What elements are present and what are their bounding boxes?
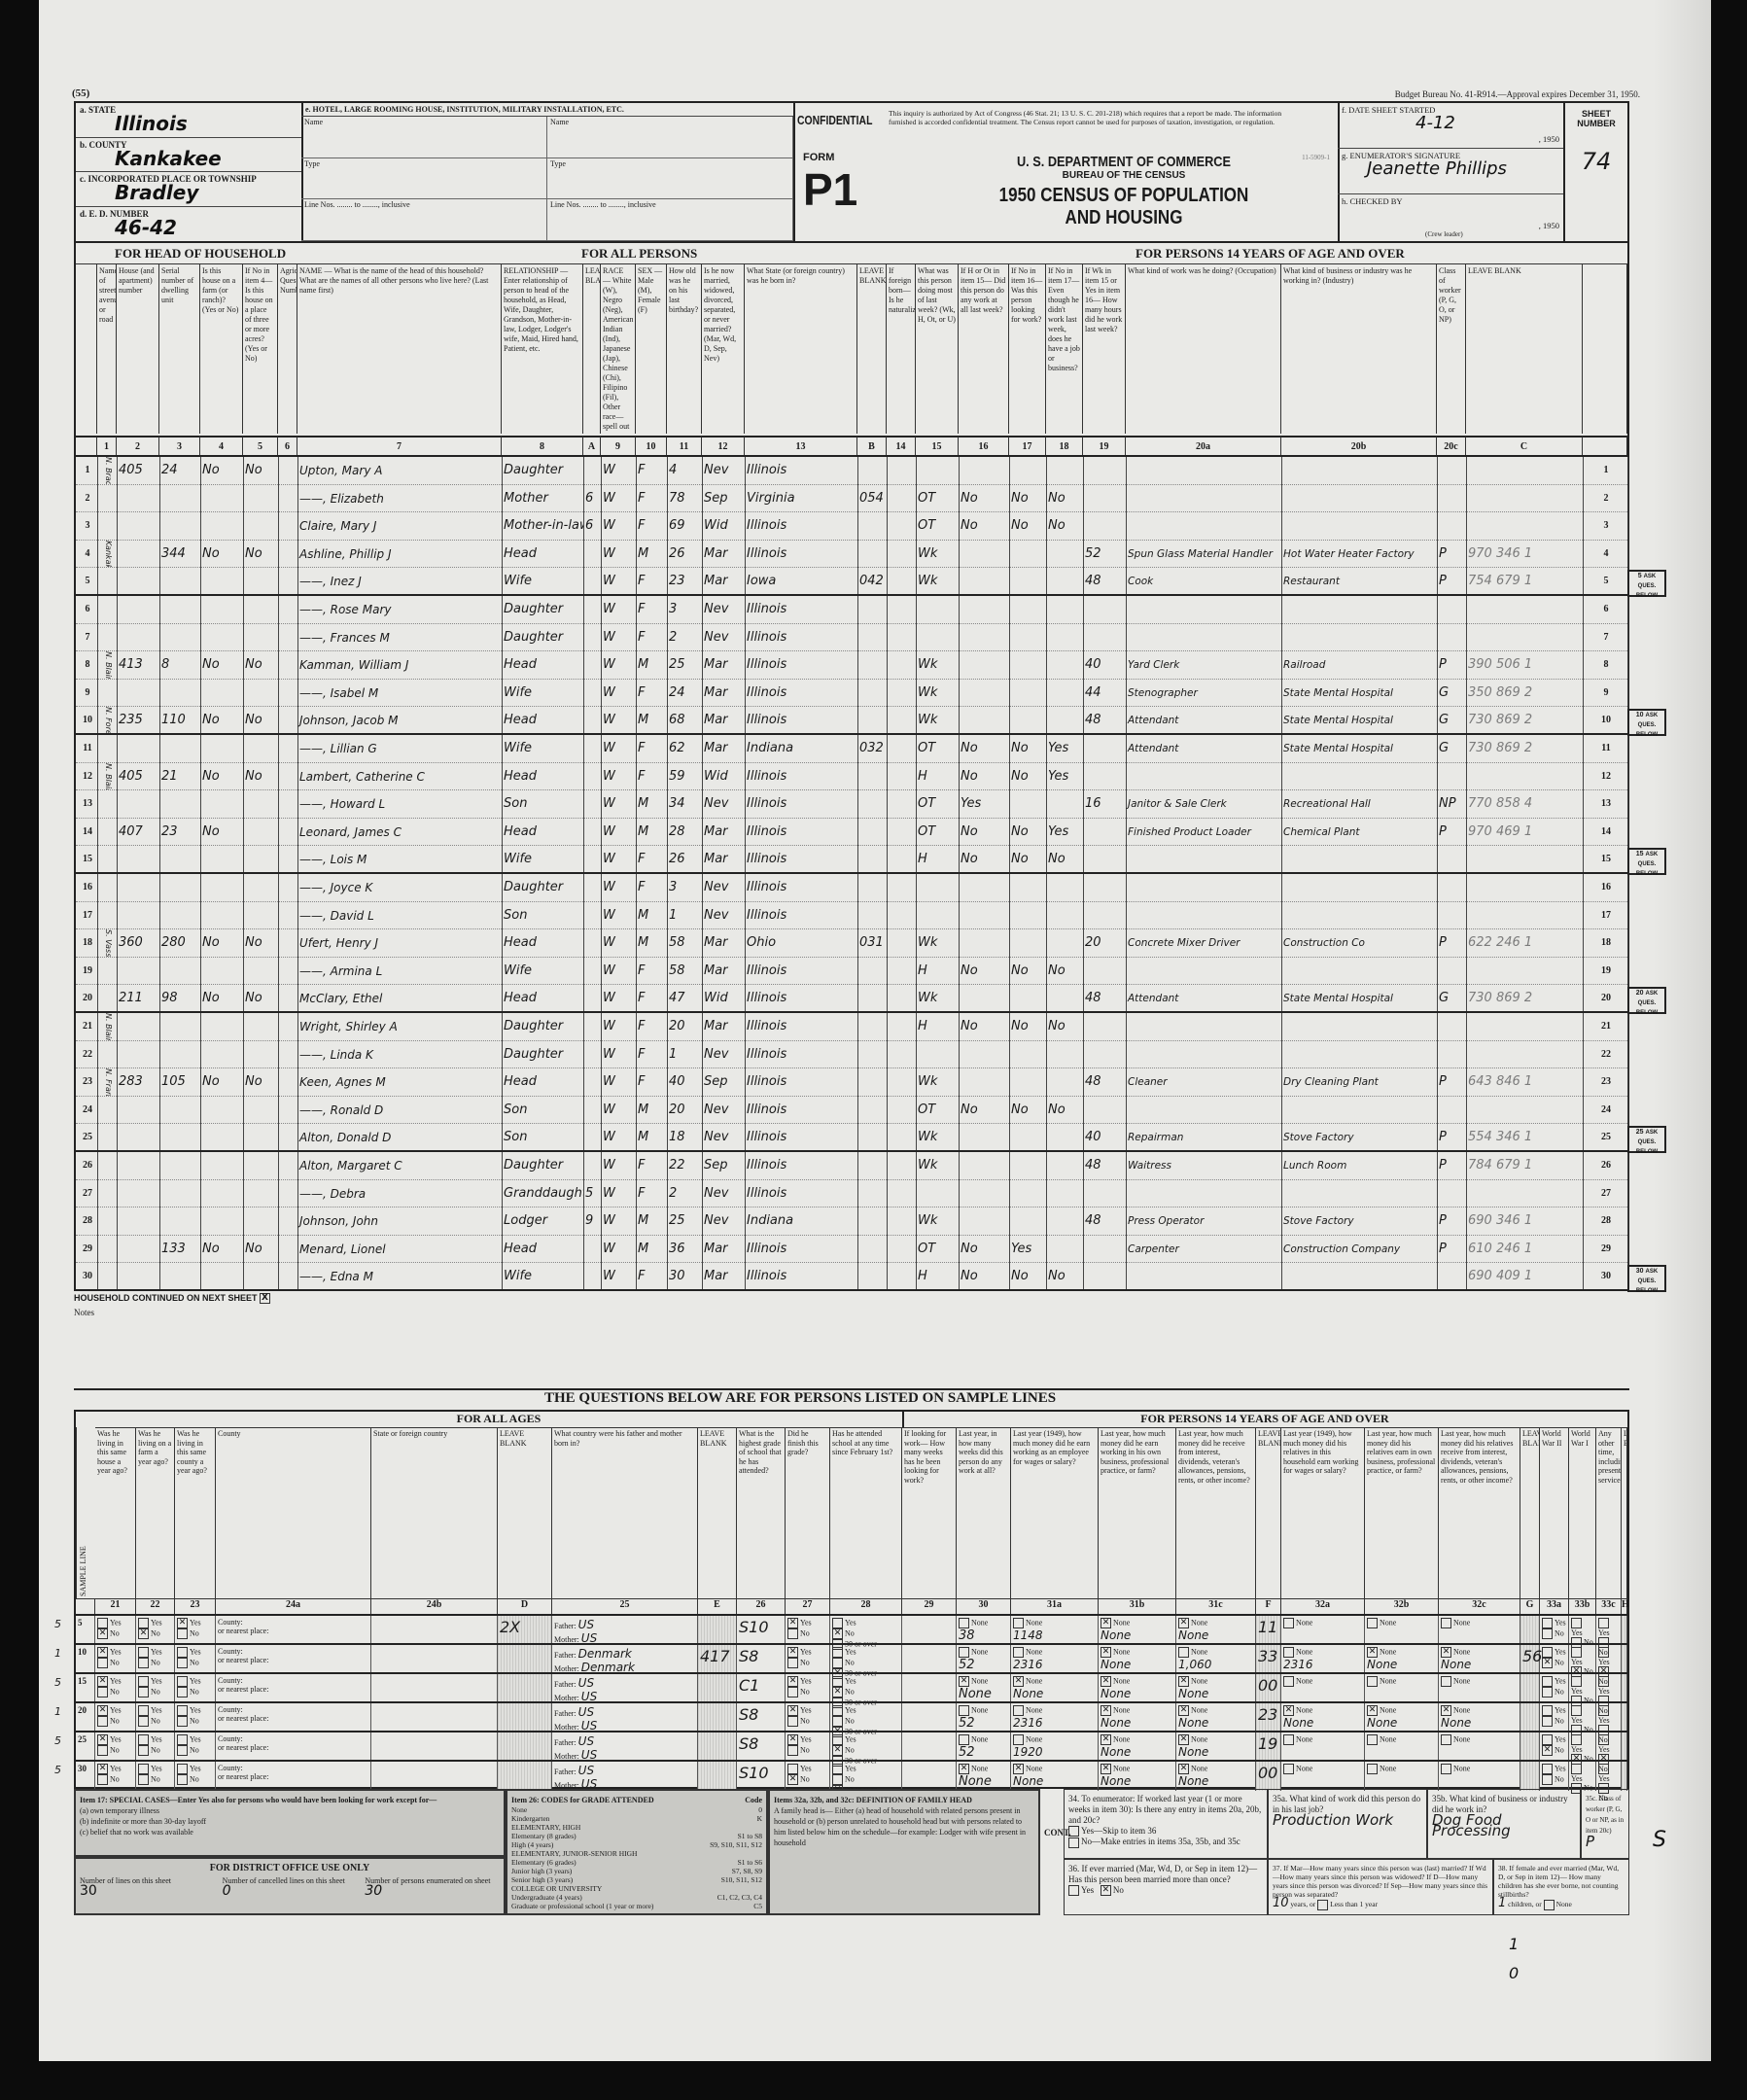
yes-checkbox[interactable]	[1598, 1705, 1609, 1716]
yes-checkbox[interactable]	[138, 1705, 149, 1716]
none-checkbox[interactable]: ✕	[1101, 1618, 1111, 1628]
cell-c16: No	[959, 485, 1009, 512]
sample-header-c26: What is the highest grade of school that…	[737, 1427, 786, 1598]
no-checkbox[interactable]: ✕	[832, 1687, 843, 1697]
none-checkbox[interactable]	[1441, 1618, 1451, 1628]
yes-checkbox[interactable]	[1598, 1647, 1609, 1658]
none-checkbox[interactable]	[1367, 1618, 1378, 1628]
cell-c18: No	[1046, 1097, 1083, 1124]
cell-hrs: 16	[1083, 790, 1126, 818]
none-checkbox[interactable]: ✕	[1178, 1734, 1189, 1745]
sample-cell-c23: YesNo	[175, 1732, 216, 1762]
cell-farm	[200, 1041, 243, 1068]
no-checkbox[interactable]	[138, 1658, 149, 1668]
line-number: 2	[1583, 485, 1627, 512]
line-number: 28	[76, 1207, 97, 1235]
line-number: 18	[76, 929, 97, 957]
cell-acres	[243, 958, 278, 985]
cell-cls: P	[1437, 819, 1466, 846]
none-checkbox[interactable]: ✕	[1013, 1764, 1024, 1774]
sample-cell-c26: S8	[737, 1645, 786, 1674]
cell-c18	[1046, 624, 1083, 651]
cell-occ	[1126, 763, 1281, 790]
none-checkbox[interactable]	[1367, 1764, 1378, 1774]
cell-cls	[1437, 1180, 1466, 1207]
sample-cell-c22: YesNo	[136, 1645, 175, 1674]
cell-b	[857, 846, 887, 872]
no-checkbox[interactable]	[97, 1745, 108, 1756]
yes-checkbox[interactable]: ✕	[177, 1618, 188, 1628]
cell-b	[857, 1263, 887, 1289]
no-checkbox[interactable]: ✕	[1542, 1658, 1553, 1668]
cell-house	[117, 596, 159, 623]
cell-code	[1466, 457, 1583, 484]
cell-occ	[1126, 624, 1281, 651]
sample-header-c33c: Any other time, including present servic…	[1596, 1427, 1622, 1598]
sample-cell-sl: 110	[76, 1645, 95, 1674]
yes-checkbox[interactable]	[1571, 1647, 1582, 1658]
none-checkbox[interactable]	[1367, 1734, 1378, 1745]
cell-ind	[1281, 1041, 1437, 1068]
sample-cell-c28: YesNo✕30 or over	[830, 1645, 902, 1674]
yes-checkbox[interactable]	[1598, 1676, 1609, 1687]
cell-ind: Construction Co	[1281, 929, 1437, 957]
cell-code: 754 679 1	[1466, 568, 1583, 594]
line-number: 23	[76, 1068, 97, 1096]
no-checkbox[interactable]: ✕	[832, 1628, 843, 1639]
cell-rel: Mother	[502, 485, 583, 512]
yes-checkbox[interactable]	[1542, 1676, 1553, 1687]
cell-code: 730 869 2	[1466, 735, 1583, 762]
cell-age: 69	[667, 512, 702, 540]
yes-checkbox[interactable]	[1542, 1705, 1553, 1716]
agri-cell	[278, 596, 297, 623]
cell-cls: P	[1437, 929, 1466, 957]
no-checkbox[interactable]	[97, 1716, 108, 1727]
none-checkbox[interactable]: ✕	[1178, 1676, 1189, 1687]
cell-c18: No	[1046, 512, 1083, 540]
cell-occ	[1126, 596, 1281, 623]
cell-c18	[1046, 1236, 1083, 1263]
cell-house	[117, 1207, 159, 1235]
none-checkbox[interactable]: ✕	[959, 1764, 969, 1774]
cell-sex: F	[636, 763, 667, 790]
no-checkbox[interactable]: ✕	[1542, 1745, 1553, 1756]
yes-checkbox[interactable]	[1542, 1618, 1553, 1628]
cell-farm	[200, 1013, 243, 1040]
yes-checkbox[interactable]	[177, 1705, 188, 1716]
cell-cls	[1437, 624, 1466, 651]
cell-c16: No	[959, 512, 1009, 540]
household-continued: HOUSEHOLD CONTINUED ON NEXT SHEET X	[74, 1293, 272, 1304]
sample-cell-c24a: County:or nearest place:	[216, 1762, 371, 1791]
no-checkbox[interactable]	[832, 1774, 843, 1785]
yes-checkbox[interactable]: ✕	[787, 1734, 798, 1745]
sample-cell-c32b: ✕NoneNone	[1365, 1645, 1439, 1674]
cell-serial: 344	[159, 541, 200, 568]
none-checkbox[interactable]	[1283, 1676, 1294, 1687]
line-number: 8	[76, 651, 97, 679]
sample-cell-c33a: YesNo	[1540, 1762, 1569, 1791]
sample-cell-c33b: YesNo	[1569, 1674, 1596, 1703]
continued-checkbox[interactable]: X	[260, 1293, 270, 1304]
no-checkbox[interactable]	[97, 1774, 108, 1785]
cell-c18	[1046, 457, 1083, 484]
cell-code: 690 346 1	[1466, 1207, 1583, 1235]
no-checkbox[interactable]	[787, 1687, 798, 1697]
cell-cls	[1437, 457, 1466, 484]
none-checkbox[interactable]: ✕	[1367, 1705, 1378, 1716]
none-checkbox[interactable]: ✕	[1101, 1647, 1111, 1658]
none-checkbox[interactable]	[1283, 1734, 1294, 1745]
sample-cell-c33b: YesNo	[1569, 1762, 1596, 1791]
cell-street: S. Vasseur	[97, 929, 117, 957]
yes-checkbox[interactable]	[832, 1618, 843, 1628]
cell-hrs	[1083, 485, 1126, 512]
cell-acres	[243, 680, 278, 707]
column-number: B	[857, 436, 887, 455]
agri-cell	[278, 1097, 297, 1124]
q37-less-checkbox[interactable]	[1317, 1900, 1328, 1910]
yes-checkbox[interactable]	[832, 1676, 843, 1687]
sample-cell-c29	[902, 1645, 957, 1674]
none-checkbox[interactable]: ✕	[1101, 1734, 1111, 1745]
no-checkbox[interactable]	[1542, 1774, 1553, 1785]
person-row: 18S. Vasseur360280NoNoUfert, Henry JHead…	[76, 929, 1627, 958]
none-checkbox[interactable]: ✕	[1178, 1618, 1189, 1628]
yes-checkbox[interactable]	[138, 1676, 149, 1687]
sample-cell-h	[1622, 1762, 1627, 1791]
no-checkbox[interactable]	[177, 1716, 188, 1727]
none-checkbox[interactable]	[959, 1618, 969, 1628]
yes-checkbox[interactable]	[1571, 1618, 1582, 1628]
section-persons-14: FOR PERSONS 14 YEARS OF AGE AND OVER	[1136, 246, 1405, 262]
cell-age: 59	[667, 763, 702, 790]
cell-serial	[159, 1263, 200, 1289]
cell-rel: Wife	[502, 568, 583, 594]
cell-c17	[1009, 1068, 1046, 1096]
cell-farm	[200, 1124, 243, 1150]
column-header-acres: If No in item 4— Is this house on a plac…	[243, 264, 278, 434]
cell-race: W	[601, 1236, 636, 1263]
column-header-birth: What State (or foreign country) was he b…	[745, 264, 857, 434]
yes-checkbox[interactable]: ✕	[97, 1705, 108, 1716]
yes-checkbox[interactable]	[1571, 1734, 1582, 1745]
no-checkbox[interactable]	[177, 1774, 188, 1785]
none-checkbox[interactable]: ✕	[1283, 1705, 1294, 1716]
no-checkbox[interactable]	[1542, 1687, 1553, 1697]
person-row: 22——, Linda KDaughterWF1NevIllinois22	[76, 1041, 1627, 1069]
cell-name: ——, Debra	[297, 1180, 502, 1207]
sample-header-e: LEAVE BLANK	[698, 1427, 737, 1598]
cell-nat	[887, 541, 916, 568]
line-number: 19	[76, 958, 97, 985]
line-number: 26	[76, 1152, 97, 1179]
line-number: 4	[76, 541, 97, 568]
q37-value: 10	[1273, 1896, 1289, 1910]
none-checkbox[interactable]: ✕	[1101, 1705, 1111, 1716]
yes-checkbox[interactable]	[1542, 1647, 1553, 1658]
grade-code-row: KindergartenK	[511, 1814, 762, 1823]
no-checkbox[interactable]	[97, 1658, 108, 1668]
cell-c15: Wk	[916, 541, 959, 568]
cell-name: ——, Rose Mary	[297, 596, 502, 623]
column-number: 16	[959, 436, 1009, 455]
cell-acres	[243, 624, 278, 651]
cell-sex: F	[636, 1152, 667, 1179]
cell-birth: Illinois	[745, 1068, 857, 1096]
yes-checkbox[interactable]	[1542, 1734, 1553, 1745]
no-checkbox[interactable]: ✕	[97, 1628, 108, 1639]
cell-street	[97, 624, 117, 651]
none-checkbox[interactable]	[1283, 1647, 1294, 1658]
sample-cell-c32c: ✕NoneNone	[1439, 1703, 1520, 1732]
q35a-box: 35a. What kind of work did this person d…	[1268, 1789, 1427, 1859]
yes-checkbox[interactable]	[1598, 1764, 1609, 1774]
none-checkbox[interactable]	[1283, 1764, 1294, 1774]
agri-cell	[278, 874, 297, 901]
none-checkbox[interactable]: ✕	[1178, 1705, 1189, 1716]
sample-column-number: G	[1520, 1598, 1540, 1614]
yes-checkbox[interactable]	[1598, 1734, 1609, 1745]
no-checkbox[interactable]: ✕	[787, 1774, 798, 1785]
cell-name: ——, Armina L	[297, 958, 502, 985]
cell-rel: Wife	[502, 1263, 583, 1289]
none-checkbox[interactable]	[1441, 1676, 1451, 1687]
no-checkbox[interactable]	[787, 1745, 798, 1756]
q38-value: 1	[1498, 1896, 1506, 1910]
q38-none-checkbox[interactable]	[1544, 1900, 1555, 1910]
sample-cell-c23: YesNo	[175, 1674, 216, 1703]
none-checkbox[interactable]: ✕	[1101, 1764, 1111, 1774]
cell-acres	[243, 1013, 278, 1040]
none-checkbox[interactable]: ✕	[1178, 1764, 1189, 1774]
cell-hrs: 48	[1083, 985, 1126, 1011]
cell-cls	[1437, 1097, 1466, 1124]
cell-birth: Illinois	[745, 541, 857, 568]
no-checkbox[interactable]	[832, 1658, 843, 1668]
column-header-mar: Is he now married, widowed, divorced, se…	[702, 264, 745, 434]
cell-mar: Nev	[702, 902, 745, 929]
none-checkbox[interactable]	[1013, 1705, 1024, 1716]
cell-street: N. Frances	[97, 1068, 117, 1096]
cell-rel: Granddaughter	[502, 1180, 583, 1207]
cell-ind	[1281, 1180, 1437, 1207]
cell-farm: No	[200, 929, 243, 957]
cell-birth: Illinois	[745, 680, 857, 707]
cell-name: ——, Inez J	[297, 568, 502, 594]
no-checkbox[interactable]	[138, 1716, 149, 1727]
yes-checkbox[interactable]: ✕	[787, 1676, 798, 1687]
no-checkbox[interactable]	[787, 1658, 798, 1668]
yes-checkbox[interactable]	[177, 1647, 188, 1658]
cell-age: 26	[667, 846, 702, 872]
column-number: 8	[502, 436, 583, 455]
state-value: Illinois	[115, 112, 188, 135]
sample-cell-c33a: Yes✕No	[1540, 1732, 1569, 1762]
none-checkbox[interactable]: ✕	[1441, 1705, 1451, 1716]
cell-birth: Illinois	[745, 1263, 857, 1289]
cell-occ	[1126, 874, 1281, 901]
cell-name: ——, Ronald D	[297, 1097, 502, 1124]
yes-checkbox[interactable]	[97, 1618, 108, 1628]
sample-cell-c22: YesNo	[136, 1674, 175, 1703]
none-checkbox[interactable]	[1441, 1734, 1451, 1745]
cell-birth: Illinois	[745, 985, 857, 1011]
yes-checkbox[interactable]: ✕	[97, 1734, 108, 1745]
none-checkbox[interactable]	[959, 1734, 969, 1745]
yes-checkbox[interactable]	[138, 1647, 149, 1658]
cell-rel: Daughter	[502, 457, 583, 484]
none-checkbox[interactable]	[1013, 1647, 1024, 1658]
column-header-c16: If H or Ot in item 15— Did this person d…	[959, 264, 1009, 434]
yes-checkbox[interactable]	[832, 1764, 843, 1774]
yes-checkbox[interactable]: ✕	[787, 1647, 798, 1658]
cell-age: 40	[667, 1068, 702, 1096]
yes-checkbox[interactable]	[138, 1734, 149, 1745]
sample-cell-c33c: Yes✕No	[1596, 1645, 1622, 1674]
no-checkbox[interactable]	[1542, 1628, 1553, 1639]
cell-cls	[1437, 512, 1466, 540]
cell-sex: M	[636, 929, 667, 957]
sample-header-c33a: World War II	[1540, 1427, 1569, 1598]
cell-ind: Stove Factory	[1281, 1124, 1437, 1150]
yes-checkbox[interactable]: ✕	[787, 1705, 798, 1716]
cell-sex: F	[636, 512, 667, 540]
cell-code	[1466, 596, 1583, 623]
cell-a	[583, 457, 601, 484]
yes-checkbox[interactable]	[1571, 1764, 1582, 1774]
cell-b	[857, 1152, 887, 1179]
column-header-code: LEAVE BLANK	[1466, 264, 1583, 434]
yes-checkbox[interactable]	[138, 1618, 149, 1628]
none-checkbox[interactable]: ✕	[1367, 1647, 1378, 1658]
no-checkbox[interactable]	[177, 1745, 188, 1756]
yes-checkbox[interactable]	[177, 1764, 188, 1774]
yes-checkbox[interactable]	[832, 1734, 843, 1745]
yes-checkbox[interactable]	[1598, 1618, 1609, 1628]
cell-name: Ashline, Phillip J	[297, 541, 502, 568]
cell-name: ——, Frances M	[297, 624, 502, 651]
cell-serial: 24	[159, 457, 200, 484]
cell-hrs: 48	[1083, 1068, 1126, 1096]
yes-checkbox[interactable]	[1542, 1764, 1553, 1774]
none-checkbox[interactable]	[1367, 1676, 1378, 1687]
cell-acres	[243, 596, 278, 623]
q34-no-checkbox[interactable]	[1068, 1837, 1079, 1848]
none-checkbox[interactable]: ✕	[1101, 1676, 1111, 1687]
none-checkbox[interactable]	[959, 1705, 969, 1716]
cell-sex: F	[636, 596, 667, 623]
yes-checkbox[interactable]: ✕	[97, 1647, 108, 1658]
none-checkbox[interactable]	[1283, 1618, 1294, 1628]
agri-cell	[278, 1013, 297, 1040]
cell-age: 58	[667, 958, 702, 985]
none-checkbox[interactable]	[1013, 1734, 1024, 1745]
cell-house: 235	[117, 707, 159, 733]
sample-header-c31b: Last year, how much money did he earn wo…	[1099, 1427, 1176, 1598]
sample-header-d: LEAVE BLANK	[498, 1427, 552, 1598]
yes-checkbox[interactable]	[177, 1676, 188, 1687]
cell-ind	[1281, 1097, 1437, 1124]
none-checkbox[interactable]	[1013, 1618, 1024, 1628]
none-checkbox[interactable]: ✕	[1013, 1676, 1024, 1687]
yes-checkbox[interactable]	[177, 1734, 188, 1745]
cell-serial: 110	[159, 707, 200, 733]
cell-farm	[200, 568, 243, 594]
no-checkbox[interactable]: ✕	[138, 1628, 149, 1639]
no-checkbox[interactable]	[787, 1628, 798, 1639]
none-checkbox[interactable]: ✕	[959, 1676, 969, 1687]
sample-cell-sl: 120	[76, 1703, 95, 1732]
cell-serial	[159, 624, 200, 651]
cell-rel: Son	[502, 902, 583, 929]
no-checkbox[interactable]	[1542, 1716, 1553, 1727]
sample-cell-c33a: Yes✕No	[1540, 1645, 1569, 1674]
yes-checkbox[interactable]	[787, 1764, 798, 1774]
no-checkbox[interactable]	[138, 1774, 149, 1785]
yes-checkbox[interactable]	[1571, 1705, 1582, 1716]
no-checkbox[interactable]	[138, 1745, 149, 1756]
cell-house: 405	[117, 457, 159, 484]
yes-checkbox[interactable]: ✕	[97, 1676, 108, 1687]
sample-cell-c24b	[371, 1616, 498, 1645]
cell-house	[117, 958, 159, 985]
q34-yes-checkbox[interactable]	[1068, 1826, 1079, 1837]
cell-rel: Wife	[502, 958, 583, 985]
no-checkbox[interactable]	[138, 1687, 149, 1697]
no-checkbox[interactable]	[97, 1687, 108, 1697]
cell-acres: No	[243, 929, 278, 957]
no-checkbox[interactable]: ✕	[832, 1745, 843, 1756]
cell-age: 58	[667, 929, 702, 957]
column-number: 14	[887, 436, 916, 455]
yes-checkbox[interactable]: ✕	[97, 1764, 108, 1774]
person-row: 1N. Bradley40524NoNoUpton, Mary ADaughte…	[76, 457, 1627, 485]
sample-cell-c31a: ✕NoneNone	[1011, 1674, 1099, 1703]
cell-c16: No	[959, 1263, 1009, 1289]
cell-c18	[1046, 1068, 1083, 1096]
no-checkbox[interactable]	[177, 1628, 188, 1639]
yes-checkbox[interactable]	[832, 1705, 843, 1716]
cell-c17	[1009, 707, 1046, 733]
none-checkbox[interactable]	[1441, 1764, 1451, 1774]
sample-cell-c27: ✕YesNo	[786, 1732, 830, 1762]
sample-column-number: 31a	[1011, 1598, 1099, 1614]
q36-no-checkbox[interactable]: ✕	[1101, 1885, 1111, 1896]
yes-checkbox[interactable]	[138, 1764, 149, 1774]
no-checkbox[interactable]	[832, 1716, 843, 1727]
none-checkbox[interactable]	[959, 1647, 969, 1658]
no-checkbox[interactable]	[177, 1658, 188, 1668]
cell-c18	[1046, 902, 1083, 929]
cell-nat	[887, 735, 916, 762]
ed-field: d. E. D. NUMBER46-42	[76, 207, 301, 242]
cell-c15	[916, 874, 959, 901]
no-checkbox[interactable]	[177, 1687, 188, 1697]
yes-checkbox[interactable]	[1571, 1676, 1582, 1687]
no-checkbox[interactable]	[787, 1716, 798, 1727]
none-checkbox[interactable]	[1178, 1647, 1189, 1658]
bottom-area: Item 17: SPECIAL CASES—Enter Yes also fo…	[74, 1789, 1629, 1925]
yes-checkbox[interactable]	[832, 1647, 843, 1658]
cell-race: W	[601, 1152, 636, 1179]
q36-yes-checkbox[interactable]	[1068, 1885, 1079, 1896]
yes-checkbox[interactable]: ✕	[787, 1618, 798, 1628]
cell-b: 031	[857, 929, 887, 957]
none-checkbox[interactable]: ✕	[1441, 1647, 1451, 1658]
cell-occ	[1126, 485, 1281, 512]
